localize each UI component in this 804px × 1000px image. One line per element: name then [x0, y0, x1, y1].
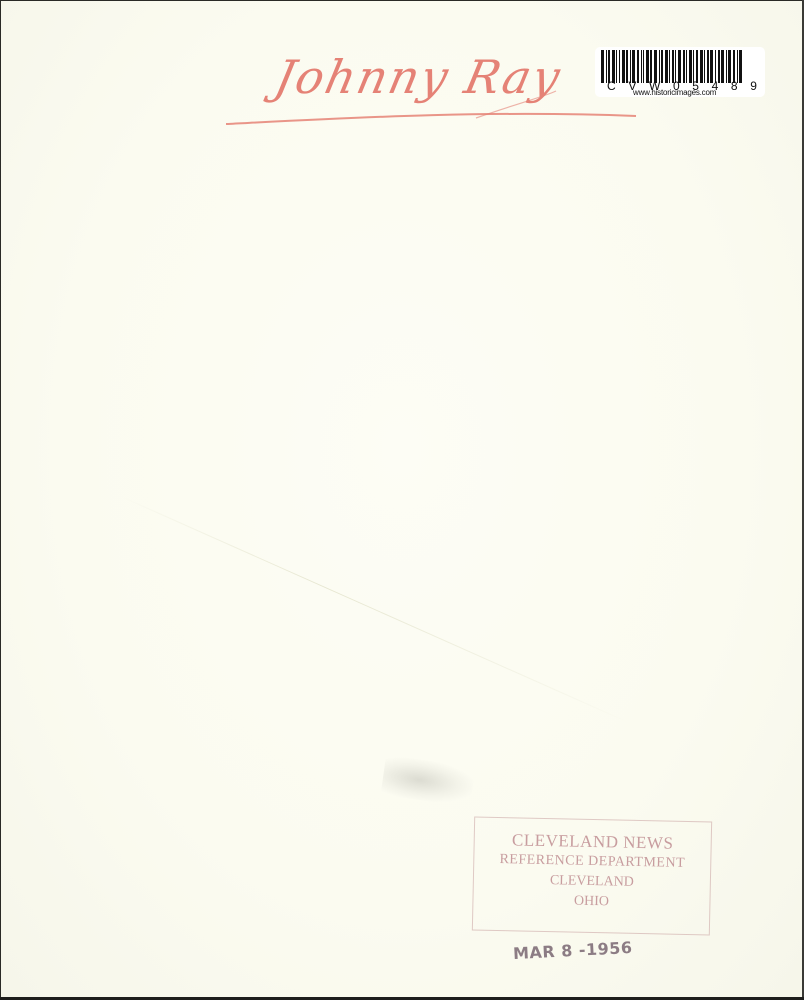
photo-back-paper: Johnny Ray C V W 0 5 4 8 9 www.historici… [1, 1, 802, 997]
barcode-char: 8 [731, 79, 738, 93]
pencil-smudge [381, 755, 476, 807]
barcode-sticker: C V W 0 5 4 8 9 www.historicimages.com [595, 47, 765, 97]
barcode-url: www.historicimages.com [633, 88, 716, 97]
barcode-char: C [607, 79, 616, 93]
date-stamp: MAR 8 -1956 [513, 938, 633, 963]
paper-crease [121, 496, 633, 725]
reference-department-stamp: CLEVELAND NEWS REFERENCE DEPARTMENT CLEV… [472, 817, 712, 936]
signature-text: Johnny Ray [270, 50, 566, 104]
handwritten-signature: Johnny Ray [226, 46, 641, 141]
stamp-line: OHIO [473, 890, 709, 915]
barcode-char: 9 [750, 79, 757, 93]
